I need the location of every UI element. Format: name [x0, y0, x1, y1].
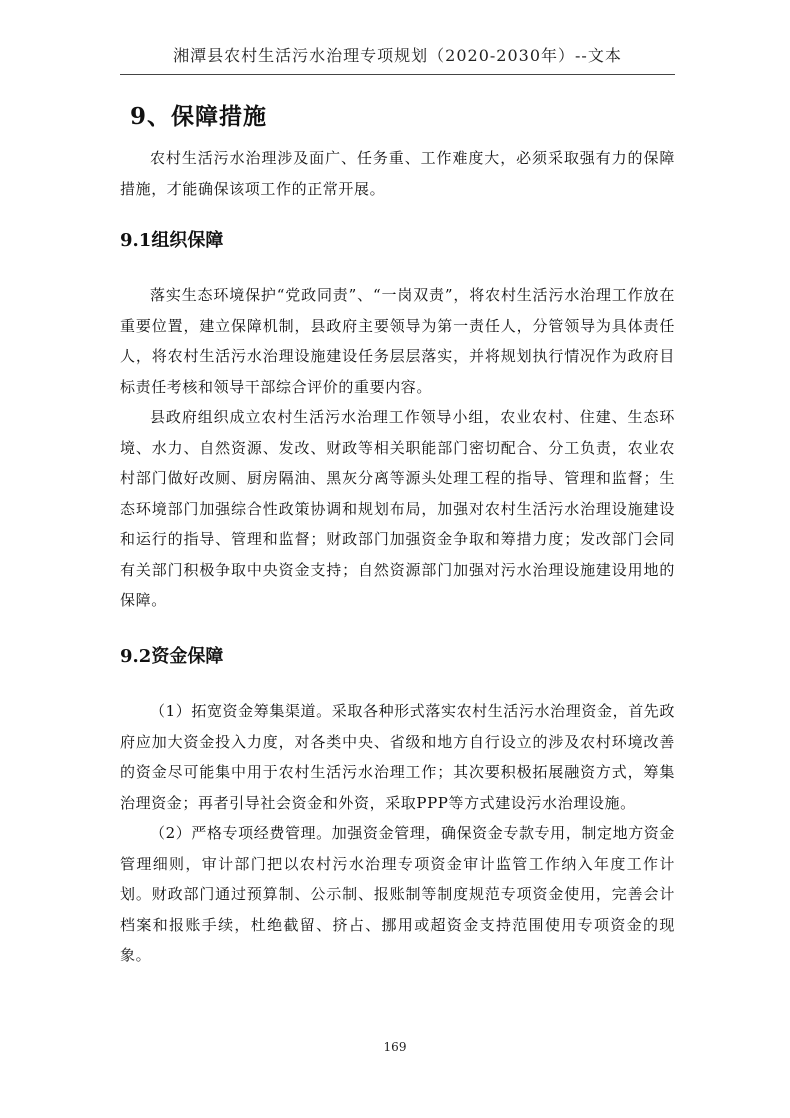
organization-paragraph-2: 县政府组织成立农村生活污水治理工作领导小组，农业农村、住建、生态环境、水力、自然…: [120, 402, 675, 616]
funding-paragraph-2: （2）严格专项经费管理。加强资金管理，确保资金专款专用，制定地方资金管理细则，审…: [120, 818, 675, 971]
funding-paragraph-1: （1）拓宽资金筹集渠道。采取各种形式落实农村生活污水治理资金，首先政府应加大资金…: [120, 696, 675, 818]
section-heading: 9、保障措施: [130, 100, 267, 134]
header-divider: [120, 74, 675, 75]
running-header: 湘潭县农村生活污水治理专项规划（2020-2030年）--文本: [120, 44, 675, 68]
organization-paragraph-1: 落实生态环境保护“党政同责”、“一岗双责”，将农村生活污水治理工作放在重要位置，…: [120, 280, 675, 402]
page-number: 169: [375, 1040, 415, 1054]
subsection-heading-funding: 9.2资金保障: [120, 642, 223, 672]
subsection-heading-organization: 9.1组织保障: [120, 226, 223, 256]
section-intro-paragraph: 农村生活污水治理涉及面广、任务重、工作难度大，必须采取强有力的保障措施，才能确保…: [120, 143, 675, 204]
